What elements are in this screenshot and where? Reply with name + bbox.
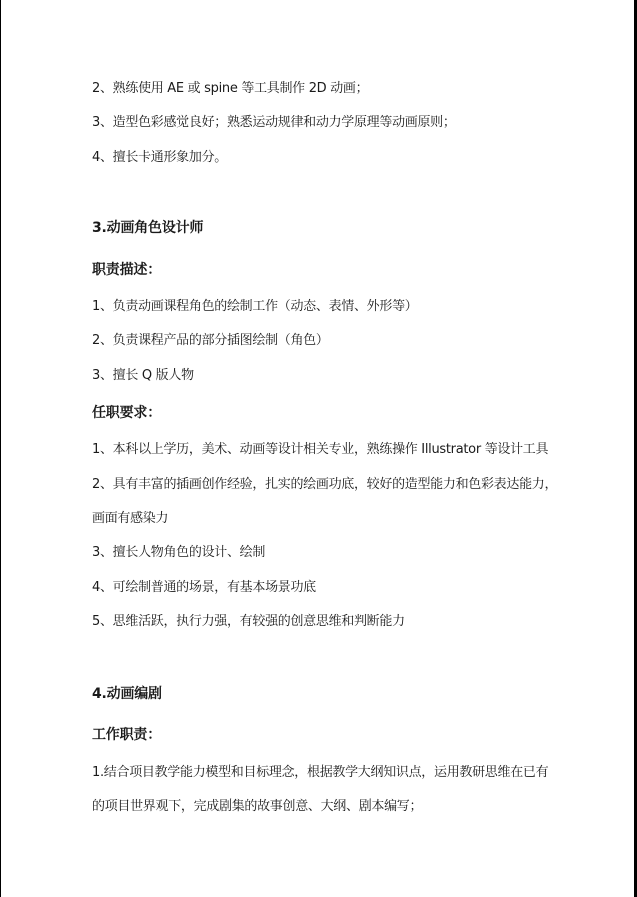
section3-duties-heading: 职责描述：	[92, 261, 161, 279]
section3-requirement-item: 2、具有丰富的插画创作经验，扎实的绘画功底，较好的造型能力和色彩表达能力，	[92, 476, 557, 494]
section3-requirement-item: 画面有感染力	[92, 510, 168, 528]
section3-requirement-item: 3、擅长人物角色的设计、绘制	[92, 544, 265, 562]
section3-duty-item: 3、擅长 Q 版人物	[92, 367, 194, 385]
document-page: 2、熟练使用 AE 或 spine 等工具制作 2D 动画； 3、造型色彩感觉良…	[0, 0, 634, 897]
section4-duties-heading: 工作职责：	[92, 726, 161, 744]
section3-duty-item: 1、负责动画课程角色的绘制工作（动态、表情、外形等）	[92, 298, 417, 316]
section3-duty-item: 2、负责课程产品的部分插图绘制（角色）	[92, 332, 329, 350]
section4-duty-item: 1.结合项目教学能力模型和目标理念，根据教学大纲知识点，运用教研思维在已有	[92, 764, 548, 782]
section3-requirements-heading: 任职要求：	[92, 404, 161, 422]
section3-requirement-item: 4、可绘制普通的场景，有基本场景功底	[92, 579, 316, 597]
intro-list-item: 4、擅长卡通形象加分。	[92, 149, 227, 167]
section4-title: 4.动画编剧	[92, 685, 162, 703]
section3-requirement-item: 5、思维活跃，执行力强，有较强的创意思维和判断能力	[92, 613, 405, 631]
section4-duty-item: 的项目世界观下，完成剧集的故事创意、大纲、剧本编写；	[92, 798, 422, 816]
section3-requirement-item: 1、本科以上学历，美术、动画等设计相关专业，熟练操作 Illustrator 等…	[92, 441, 548, 459]
section3-title: 3.动画角色设计师	[92, 219, 203, 237]
intro-list-item: 2、熟练使用 AE 或 spine 等工具制作 2D 动画；	[92, 80, 368, 98]
intro-list-item: 3、造型色彩感觉良好；熟悉运动规律和动力学原理等动画原则；	[92, 114, 456, 132]
